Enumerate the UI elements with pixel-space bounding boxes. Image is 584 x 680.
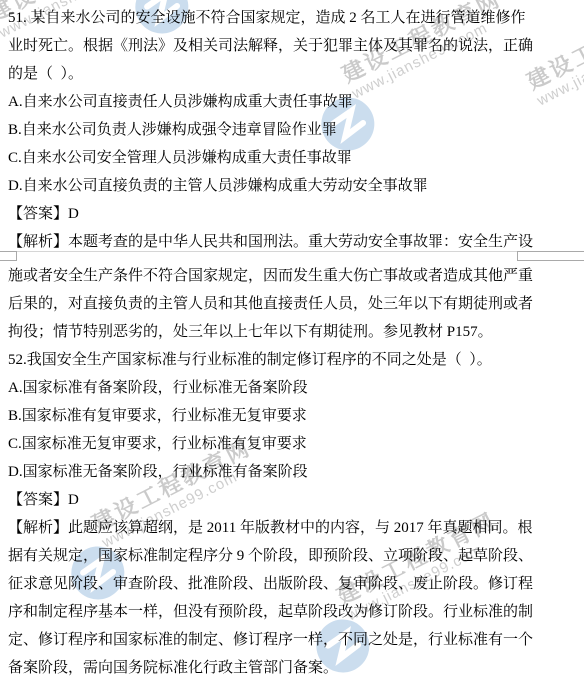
text-line: 序和制定程序基本一样，但没有预阶段，起草阶段改为修订阶段。行业标准的制 xyxy=(8,598,553,626)
text-line: B.国家标准有复审要求，行业标准无复审要求 xyxy=(8,402,553,430)
text-line: C.自来水公司安全管理人员涉嫌构成重大责任事故罪 xyxy=(8,144,553,172)
text-line: 业时死亡。根据《刑法》及相关司法解释，关于犯罪主体及其罪名的说法，正确 xyxy=(8,32,553,60)
text-line: 施或者安全生产条件不符合国家规定，因而发生重大伤亡事故或者造成其他严重 xyxy=(8,262,553,290)
text-line: B.自来水公司负责人涉嫌构成强令违章冒险作业罪 xyxy=(8,116,553,144)
page-break-marker xyxy=(0,256,584,262)
text-line: D.自来水公司直接负责的主管人员涉嫌构成重大劳动安全事故罪 xyxy=(8,172,553,200)
text-line: D.国家标准无备案阶段，行业标准有备案阶段 xyxy=(8,458,553,486)
page-break-left-box xyxy=(0,251,17,261)
text-line: 52.我国安全生产国家标准与行业标准的制定修订程序的不同之处是（ ）。 xyxy=(8,346,553,374)
text-line: A.自来水公司直接责任人员涉嫌构成重大责任事故罪 xyxy=(8,88,553,116)
page-break-line xyxy=(0,251,584,252)
text-line: 据有关规定，国家标准制定程序分 9 个阶段，即预阶段、立项阶段、起草阶段、 xyxy=(8,542,553,570)
text-line: 备案阶段，需向国务院标准化行政主管部门备案。 xyxy=(8,654,553,680)
text-line: C.国家标准无复审要求，行业标准有复审要求 xyxy=(8,430,553,458)
text-line: 征求意见阶段、审查阶段、批准阶段、出版阶段、复审阶段、废止阶段。修订程 xyxy=(8,570,553,598)
text-line: 拘役；情节特别恶劣的，处三年以上七年以下有期徒刑。参见教材 P157。 xyxy=(8,318,553,346)
page-break-right-box xyxy=(517,251,584,261)
text-line: 后果的，对直接负责的主管人员和其他直接责任人员，处三年以下有期徒刑或者 xyxy=(8,290,553,318)
text-line: 【答案】D xyxy=(8,486,553,514)
text-line: 【解析】此题应该算超纲，是 2011 年版教材中的内容，与 2017 年真题相同… xyxy=(8,514,553,542)
text-line: 定、修订程序和国家标准的制定、修订程序一样，不同之处是，行业标准有一个 xyxy=(8,626,553,654)
text-line: 【答案】D xyxy=(8,200,553,228)
text-line: 的是（ ）。 xyxy=(8,60,553,88)
text-line: 51. 某自来水公司的安全设施不符合国家规定，造成 2 名工人在进行管道维修作 xyxy=(8,4,553,32)
text-line: A.国家标准有备案阶段，行业标准无备案阶段 xyxy=(8,374,553,402)
document-body: 51. 某自来水公司的安全设施不符合国家规定，造成 2 名工人在进行管道维修作业… xyxy=(8,4,553,680)
document-page: { "watermark": { "site_name": "建设工程教育网",… xyxy=(0,0,584,680)
